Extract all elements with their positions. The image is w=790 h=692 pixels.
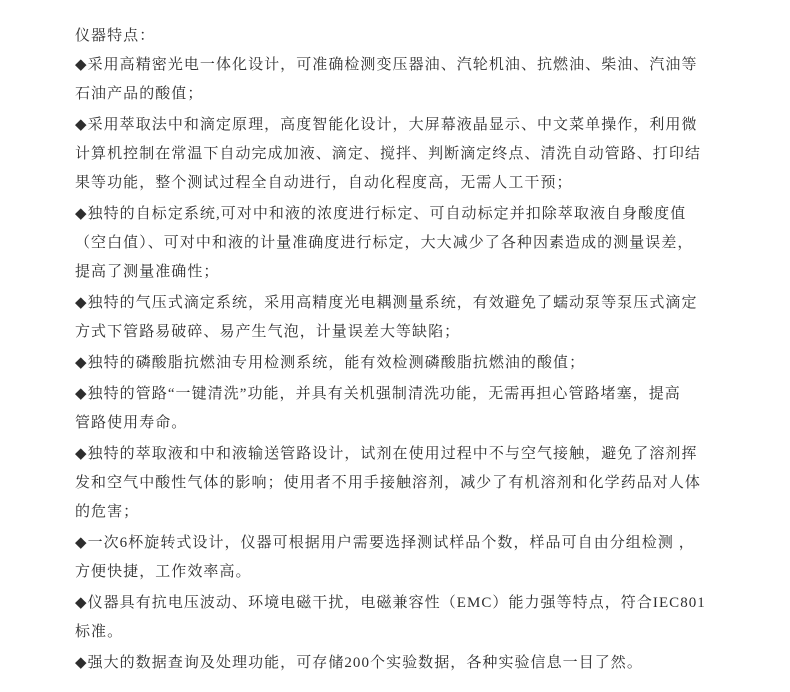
paragraph-line: ◆独特的气压式滴定系统，采用高精度光电耦测量系统，有效避免了蠕动泵等泵压式滴定 [75, 289, 735, 318]
paragraph-line: 方便快捷，工作效率高。 [75, 558, 735, 587]
paragraph-line: ◆采用高精密光电一体化设计，可准确检测变压器油、汽轮机油、抗燃油、柴油、汽油等 [75, 51, 735, 80]
paragraph-line: 管路使用寿命。 [75, 409, 735, 438]
feature-paragraph: ◆强大的数据查询及处理功能，可存储200个实验数据，各种实验信息一目了然。 [75, 649, 735, 678]
paragraph-line: ◆强大的数据查询及处理功能，可存储200个实验数据，各种实验信息一目了然。 [75, 649, 735, 678]
paragraph-line: 石油产品的酸值； [75, 80, 735, 109]
paragraph-line: ◆独特的磷酸脂抗燃油专用检测系统，能有效检测磷酸脂抗燃油的酸值； [75, 349, 735, 378]
paragraph-line: ◆独特的自标定系统,可对中和液的浓度进行标定、可自动标定并扣除萃取液自身酸度值 [75, 200, 735, 229]
feature-paragraph: ◆独特的磷酸脂抗燃油专用检测系统，能有效检测磷酸脂抗燃油的酸值； [75, 349, 735, 378]
paragraph-line: 发和空气中酸性气体的影响；使用者不用手接触溶剂，减少了有机溶剂和化学药品对人体 [75, 469, 735, 498]
paragraph-line: 标准。 [75, 618, 735, 647]
feature-paragraph: ◆独特的气压式滴定系统，采用高精度光电耦测量系统，有效避免了蠕动泵等泵压式滴定方… [75, 289, 735, 347]
paragraph-line: 方式下管路易破碎、易产生气泡，计量误差大等缺陷； [75, 318, 735, 347]
paragraph-line: ◆一次6杯旋转式设计，仪器可根据用户需要选择测试样品个数，样品可自由分组检测 ， [75, 529, 735, 558]
document-content: 仪器特点： ◆采用高精密光电一体化设计，可准确检测变压器油、汽轮机油、抗燃油、柴… [75, 22, 735, 680]
paragraph-line: ◆仪器具有抗电压波动、环境电磁干扰，电磁兼容性（EMC）能力强等特点，符合IEC… [75, 589, 735, 618]
feature-list: ◆采用高精密光电一体化设计，可准确检测变压器油、汽轮机油、抗燃油、柴油、汽油等石… [75, 51, 735, 678]
feature-paragraph: ◆独特的管路“一键清洗”功能，并具有关机强制清洗功能，无需再担心管路堵塞，提高管… [75, 380, 735, 438]
feature-paragraph: ◆仪器具有抗电压波动、环境电磁干扰，电磁兼容性（EMC）能力强等特点，符合IEC… [75, 589, 735, 647]
feature-paragraph: ◆独特的自标定系统,可对中和液的浓度进行标定、可自动标定并扣除萃取液自身酸度值（… [75, 200, 735, 287]
feature-paragraph: ◆一次6杯旋转式设计，仪器可根据用户需要选择测试样品个数，样品可自由分组检测 ，… [75, 529, 735, 587]
paragraph-line: ◆独特的萃取液和中和液输送管路设计，试剂在使用过程中不与空气接触，避免了溶剂挥 [75, 440, 735, 469]
feature-paragraph: ◆独特的萃取液和中和液输送管路设计，试剂在使用过程中不与空气接触，避免了溶剂挥发… [75, 440, 735, 527]
feature-paragraph: ◆采用高精密光电一体化设计，可准确检测变压器油、汽轮机油、抗燃油、柴油、汽油等石… [75, 51, 735, 109]
paragraph-line: （空白值）、可对中和液的计量准确度进行标定，大大减少了各种因素造成的测量误差， [75, 229, 735, 258]
paragraph-line: ◆独特的管路“一键清洗”功能，并具有关机强制清洗功能，无需再担心管路堵塞，提高 [75, 380, 735, 409]
paragraph-line: 的危害； [75, 498, 735, 527]
paragraph-line: 果等功能，整个测试过程全自动进行，自动化程度高，无需人工干预； [75, 169, 735, 198]
paragraph-line: ◆采用萃取法中和滴定原理，高度智能化设计，大屏幕液晶显示、中文菜单操作，利用微 [75, 111, 735, 140]
paragraph-line: 计算机控制在常温下自动完成加液、滴定、搅拌、判断滴定终点、清洗自动管路、打印结 [75, 140, 735, 169]
feature-paragraph: ◆采用萃取法中和滴定原理，高度智能化设计，大屏幕液晶显示、中文菜单操作，利用微计… [75, 111, 735, 198]
document-title: 仪器特点： [75, 22, 735, 51]
document-page: 仪器特点： ◆采用高精密光电一体化设计，可准确检测变压器油、汽轮机油、抗燃油、柴… [0, 0, 790, 692]
paragraph-line: 提高了测量准确性； [75, 258, 735, 287]
